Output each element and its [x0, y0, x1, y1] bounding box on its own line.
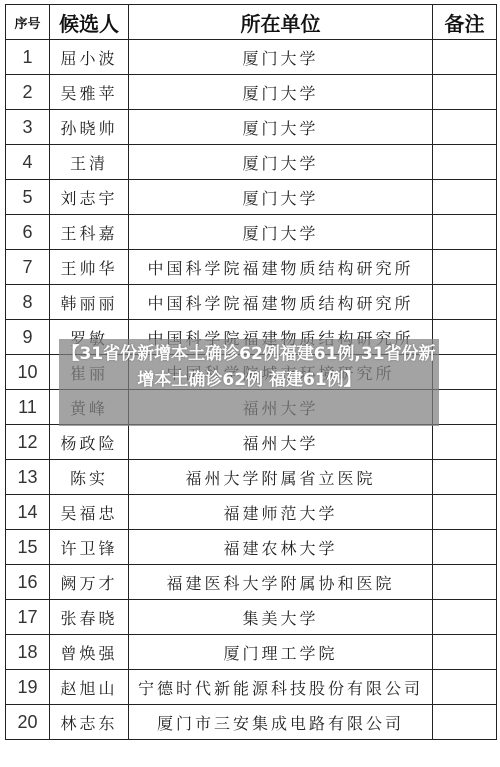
row-number: 18 [6, 635, 50, 670]
row-number: 7 [6, 250, 50, 285]
candidate-name: 孙晓帅 [50, 110, 129, 145]
affiliation: 福建农林大学 [129, 530, 433, 565]
table-row: 14吴福忠福建师范大学 [6, 495, 497, 530]
candidate-name: 曾焕强 [50, 635, 129, 670]
row-number: 17 [6, 600, 50, 635]
affiliation: 福州大学附属省立医院 [129, 460, 433, 495]
row-number: 15 [6, 530, 50, 565]
table-row: 15许卫锋福建农林大学 [6, 530, 497, 565]
affiliation: 厦门大学 [129, 110, 433, 145]
affiliation: 集美大学 [129, 600, 433, 635]
table-row: 18曾焕强厦门理工学院 [6, 635, 497, 670]
header-name: 候选人 [50, 5, 129, 40]
candidate-name: 林志东 [50, 705, 129, 740]
table-row: 12杨政险福州大学 [6, 425, 497, 460]
row-number: 3 [6, 110, 50, 145]
candidate-name: 吴雅苹 [50, 75, 129, 110]
note [433, 600, 497, 635]
note [433, 110, 497, 145]
affiliation: 厦门大学 [129, 145, 433, 180]
row-number: 2 [6, 75, 50, 110]
candidate-name: 杨政险 [50, 425, 129, 460]
note [433, 425, 497, 460]
candidate-name: 韩丽丽 [50, 285, 129, 320]
row-number: 6 [6, 215, 50, 250]
affiliation: 厦门大学 [129, 215, 433, 250]
table-row: 6王科嘉厦门大学 [6, 215, 497, 250]
table-row: 20林志东厦门市三安集成电路有限公司 [6, 705, 497, 740]
candidate-name: 吴福忠 [50, 495, 129, 530]
row-number: 5 [6, 180, 50, 215]
note [433, 355, 497, 390]
overlay-title: 【31省份新增本土确诊62例福建61例,31省份新增本土确诊62例 福建61例】 [59, 341, 439, 393]
candidate-name: 许卫锋 [50, 530, 129, 565]
row-number: 19 [6, 670, 50, 705]
row-number: 1 [6, 40, 50, 75]
affiliation: 厦门理工学院 [129, 635, 433, 670]
candidate-name: 王帅华 [50, 250, 129, 285]
note [433, 285, 497, 320]
note [433, 460, 497, 495]
affiliation: 厦门大学 [129, 75, 433, 110]
affiliation: 厦门大学 [129, 180, 433, 215]
note [433, 635, 497, 670]
affiliation: 厦门市三安集成电路有限公司 [129, 705, 433, 740]
note [433, 180, 497, 215]
table-row: 7王帅华中国科学院福建物质结构研究所 [6, 250, 497, 285]
row-number: 10 [6, 355, 50, 390]
affiliation: 福州大学 [129, 425, 433, 460]
affiliation: 厦门大学 [129, 40, 433, 75]
note [433, 40, 497, 75]
table-row: 3孙晓帅厦门大学 [6, 110, 497, 145]
note [433, 495, 497, 530]
row-number: 14 [6, 495, 50, 530]
news-title-overlay: 【31省份新增本土确诊62例福建61例,31省份新增本土确诊62例 福建61例】 [59, 339, 439, 426]
note [433, 250, 497, 285]
affiliation: 福建医科大学附属协和医院 [129, 565, 433, 600]
candidate-name: 屈小波 [50, 40, 129, 75]
note [433, 670, 497, 705]
table-row: 1屈小波厦门大学 [6, 40, 497, 75]
note [433, 320, 497, 355]
note [433, 75, 497, 110]
header-no: 序号 [6, 5, 50, 40]
row-number: 20 [6, 705, 50, 740]
table-row: 8韩丽丽中国科学院福建物质结构研究所 [6, 285, 497, 320]
candidate-name: 阙万才 [50, 565, 129, 600]
note [433, 530, 497, 565]
candidate-name: 赵旭山 [50, 670, 129, 705]
table-row: 17张春晓集美大学 [6, 600, 497, 635]
header-unit: 所在单位 [129, 5, 433, 40]
row-number: 12 [6, 425, 50, 460]
row-number: 8 [6, 285, 50, 320]
row-number: 9 [6, 320, 50, 355]
header-note: 备注 [433, 5, 497, 40]
note [433, 705, 497, 740]
table-row: 19赵旭山宁德时代新能源科技股份有限公司 [6, 670, 497, 705]
candidate-name: 王科嘉 [50, 215, 129, 250]
table-row: 2吴雅苹厦门大学 [6, 75, 497, 110]
row-number: 4 [6, 145, 50, 180]
affiliation: 宁德时代新能源科技股份有限公司 [129, 670, 433, 705]
table-row: 5刘志宇厦门大学 [6, 180, 497, 215]
row-number: 11 [6, 390, 50, 425]
table-row: 13陈实福州大学附属省立医院 [6, 460, 497, 495]
affiliation: 中国科学院福建物质结构研究所 [129, 250, 433, 285]
affiliation: 中国科学院福建物质结构研究所 [129, 285, 433, 320]
note [433, 215, 497, 250]
affiliation: 福建师范大学 [129, 495, 433, 530]
note [433, 390, 497, 425]
note [433, 565, 497, 600]
candidate-name: 刘志宇 [50, 180, 129, 215]
candidate-name: 张春晓 [50, 600, 129, 635]
row-number: 16 [6, 565, 50, 600]
candidate-name: 王清 [50, 145, 129, 180]
table-row: 4王清厦门大学 [6, 145, 497, 180]
row-number: 13 [6, 460, 50, 495]
note [433, 145, 497, 180]
candidate-name: 陈实 [50, 460, 129, 495]
table-row: 16阙万才福建医科大学附属协和医院 [6, 565, 497, 600]
table-header-row: 序号 候选人 所在单位 备注 [6, 5, 497, 40]
